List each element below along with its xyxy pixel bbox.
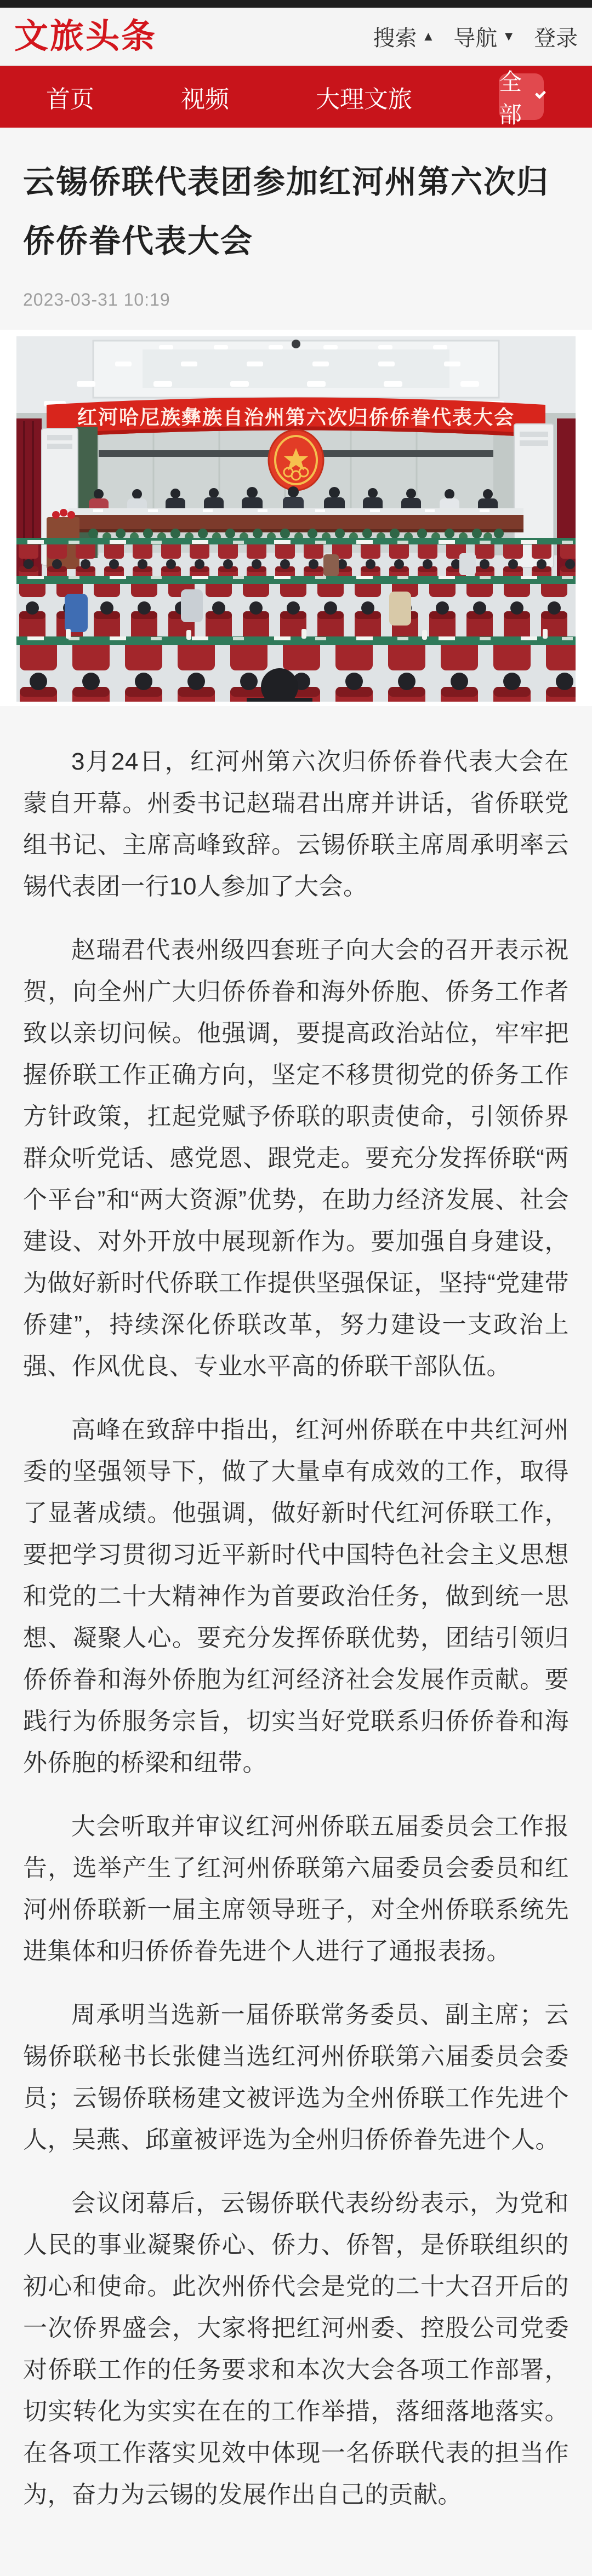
nav-item-home[interactable]: 首页	[46, 79, 94, 114]
site-logo[interactable]: 文旅头条	[14, 20, 157, 54]
article-card: 云锡侨联代表团参加红河州第六次归侨侨眷代表大会 2023-03-31 10:19	[0, 128, 592, 2576]
article-paragraph: 赵瑞君代表州级四套班子向大会的召开表示祝贺，向全州广大归侨侨眷和海外侨胞、侨务工…	[23, 930, 569, 1387]
search-button[interactable]: 搜索 ▲	[373, 21, 435, 52]
nav-item-video[interactable]: 视频	[181, 79, 229, 114]
login-button[interactable]: 登录	[534, 21, 578, 52]
triangle-up-icon: ▲	[422, 30, 435, 43]
conference-photo: 红河哈尼族彝族自治州第六次归侨侨眷代表大会	[16, 336, 576, 702]
article-date: 2023-03-31 10:19	[23, 290, 569, 310]
all-categories-label: 全部	[499, 64, 526, 130]
photo-audience	[16, 538, 576, 702]
article-paragraph: 3月24日，红河州第六次归侨侨眷代表大会在蒙自开幕。州委书记赵瑞君出席并讲话，省…	[23, 741, 569, 908]
navigation-label: 导航	[453, 21, 497, 52]
banner-text: 红河哈尼族彝族自治州第六次归侨侨眷代表大会	[77, 406, 515, 428]
article-paragraph: 大会听取并审议红河州侨联五届委员会工作报告，选举产生了红河州侨联第六届委员会委员…	[23, 1806, 569, 1972]
main-nav: 首页 视频 大理文旅 全部	[0, 66, 592, 128]
qiaolian-emblem-icon	[269, 430, 323, 490]
header-menu: 搜索 ▲ 导航 ▼ 登录	[373, 21, 578, 52]
site-header: 文旅头条 搜索 ▲ 导航 ▼ 登录	[0, 8, 592, 66]
all-categories-dropdown[interactable]: 全部	[499, 73, 544, 120]
article-paragraph: 会议闭幕后，云锡侨联代表纷纷表示，为党和人民的事业凝聚侨心、侨力、侨智，是侨联组…	[23, 2183, 569, 2516]
login-label: 登录	[534, 21, 578, 52]
status-bar	[0, 0, 592, 8]
article-paragraph: 高峰在致辞中指出，红河州侨联在中共红河州委的坚强领导下，做了大量卓有成效的工作，…	[23, 1409, 569, 1784]
article-paragraph: 周承明当选新一届侨联常务委员、副主席；云锡侨联秘书长张健当选红河州侨联第六届委员…	[23, 1994, 569, 2161]
navigation-button[interactable]: 导航 ▼	[453, 21, 515, 52]
article-title: 云锡侨联代表团参加红河州第六次归侨侨眷代表大会	[23, 153, 569, 271]
article-photo: 红河哈尼族彝族自治州第六次归侨侨眷代表大会	[0, 330, 592, 706]
chevron-down-icon	[535, 88, 547, 100]
triangle-down-icon: ▼	[502, 30, 515, 43]
nav-item-dali[interactable]: 大理文旅	[316, 79, 412, 114]
search-label: 搜索	[373, 21, 417, 52]
